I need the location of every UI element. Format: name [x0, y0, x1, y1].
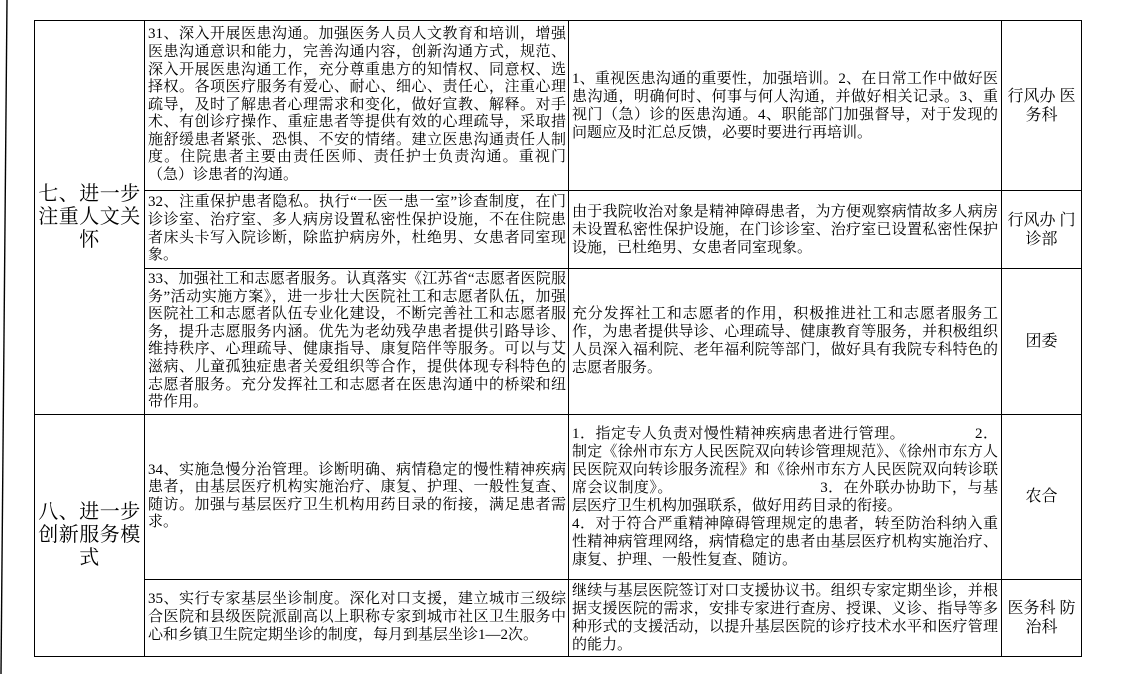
task-cell-34: 34、实施急慢分治管理。诊断明确、病情稳定的慢性精神疾病患者，由基层医疗机构实施… — [145, 414, 569, 579]
department-cell-35: 医务科 防治科 — [1002, 579, 1082, 656]
department-cell-33: 团委 — [1002, 269, 1082, 415]
task-cell-32: 32、注重保护患者隐私。执行“一医一患一室”诊查制度，在门诊诊室、治疗室、多人病… — [145, 191, 569, 269]
department-cell-32: 行风办 门诊部 — [1002, 191, 1082, 269]
measure-cell-31: 1、重视医患沟通的重要性，加强培训。2、在日常工作中做好医患沟通，明确何时、何事… — [569, 21, 1002, 191]
task-cell-31: 31、深入开展医患沟通。加强医务人员人文教育和培训，增强医患沟通意识和能力，完善… — [145, 21, 569, 191]
measure-cell-34: 1．指定专人负责对慢性精神疾病患者进行管理。 2．制定《徐州市东方人民医院双向转… — [569, 414, 1002, 579]
department-cell-34: 农合 — [1002, 414, 1082, 579]
page: { "colors": { "background": "#ffffff", "… — [0, 0, 1122, 674]
table-row: 七、进一步注重人文关怀 31、深入开展医患沟通。加强医务人员人文教育和培训，增强… — [35, 21, 1082, 191]
task-cell-35: 35、实行专家基层坐诊制度。深化对口支援，建立城市三级综合医院和县级医院派副高以… — [145, 579, 569, 656]
table-row: 八、进一步创新服务模式 34、实施急慢分治管理。诊断明确、病情稳定的慢性精神疾病… — [35, 414, 1082, 579]
measure-cell-35: 继续与基层医院签订对口支援协议书。组织专家定期坐诊，并根据支援医院的需求，安排专… — [569, 579, 1002, 656]
table-row: 32、注重保护患者隐私。执行“一医一患一室”诊查制度，在门诊诊室、治疗室、多人病… — [35, 191, 1082, 269]
work-plan-table: 七、进一步注重人文关怀 31、深入开展医患沟通。加强医务人员人文教育和培训，增强… — [34, 20, 1082, 657]
category-cell-section8: 八、进一步创新服务模式 — [35, 414, 145, 656]
table-row: 33、加强社工和志愿者服务。认真落实《江苏省“志愿者医院服务”活动实施方案》，进… — [35, 269, 1082, 415]
category-cell-section7: 七、进一步注重人文关怀 — [35, 21, 145, 415]
measure-cell-32: 由于我院收治对象是精神障碍患者，为方便观察病情故多人病房未设置私密性保护设施，在… — [569, 191, 1002, 269]
measure-cell-33: 充分发挥社工和志愿者的作用，积极推进社工和志愿者服务工作，为患者提供导诊、心理疏… — [569, 269, 1002, 415]
task-cell-33: 33、加强社工和志愿者服务。认真落实《江苏省“志愿者医院服务”活动实施方案》，进… — [145, 269, 569, 415]
department-cell-31: 行风办 医务科 — [1002, 21, 1082, 191]
table-row: 35、实行专家基层坐诊制度。深化对口支援，建立城市三级综合医院和县级医院派副高以… — [35, 579, 1082, 656]
